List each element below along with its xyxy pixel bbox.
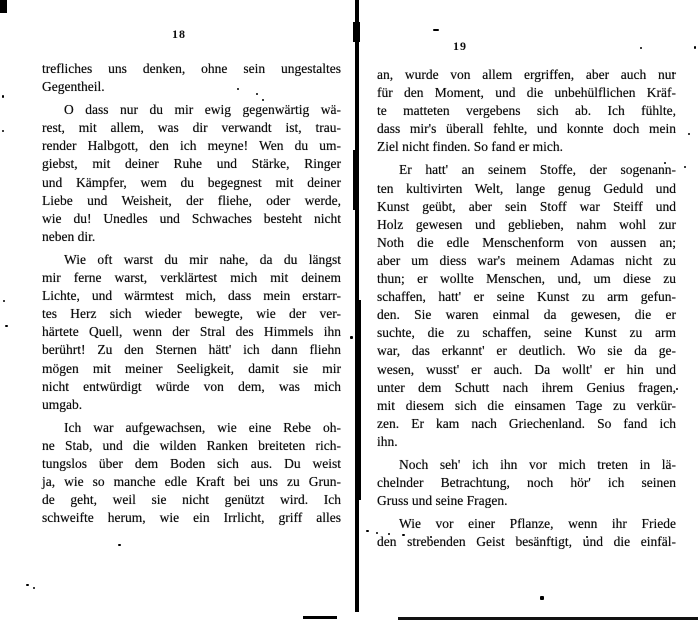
text-line: umgab. <box>42 396 341 414</box>
text-line: de geht, weil sie nicht genützt wird. Ic… <box>42 491 341 509</box>
corner-ink-mark <box>0 0 7 13</box>
text-line: thun; er wollte Menschen, und, um diese … <box>377 270 676 288</box>
scan-speck <box>676 388 678 390</box>
scan-speck <box>688 133 690 135</box>
scan-speck <box>694 46 696 49</box>
text-line: Ziel nicht finden. So fand er mich. <box>377 138 676 156</box>
text-line: schaffen, hatt' er seine Kunst zu arm ge… <box>377 288 676 306</box>
text-line: Holz gewesen und geblieben, nahm wohl zu… <box>377 216 676 234</box>
paragraph: Er hatt' an seinem Stoffe, der sogenann-… <box>377 161 676 451</box>
text-line: tungslos über dem Boden sich aus. Du wei… <box>42 455 341 473</box>
scan-speck <box>2 95 4 98</box>
text-line: ja, wie so manche edle Kraft bei uns zu … <box>42 473 341 491</box>
bottom-edge-artifact <box>398 617 698 620</box>
text-line: ten kultivirten Welt, lange genug Geduld… <box>377 180 676 198</box>
text-line: war, das erkannt' er deutlich. Wo sie da… <box>377 342 676 360</box>
scan-speck <box>256 93 258 95</box>
paragraph: Noch seh' ich ihn vor mich treten in lä-… <box>377 456 676 510</box>
scan-speck <box>684 166 686 168</box>
text-line: Gegentheil. <box>42 78 341 96</box>
text-line: mögen mit meiner Seeligkeit, damit sie m… <box>42 360 341 378</box>
text-line: mit diesem sich die einsamen Tage zu ver… <box>377 397 676 415</box>
text-line: und Kämpfer, wem du begegnest mit deiner <box>42 174 341 192</box>
text-line: neben dir. <box>42 228 341 246</box>
text-line: aber um diess war's meinem Adamas nicht … <box>377 252 676 270</box>
page-number-right: 19 <box>453 39 467 54</box>
text-line: Ich war aufgewachsen, wie eine Rebe oh- <box>42 419 341 437</box>
text-line: giebst, mit deiner Ruhe und Stärke, Ring… <box>42 155 341 173</box>
gutter-ink-blob <box>356 300 361 500</box>
scan-speck <box>350 336 353 339</box>
page-left-text: trefliches uns denken, ohne sein ungesta… <box>42 60 341 527</box>
text-line: Noch seh' ich ihn vor mich treten in lä- <box>377 456 676 474</box>
text-line: unter dem Schutt nach ihrem Genius frage… <box>377 379 676 397</box>
paragraph: an, wurde von allem ergriffen, aber auch… <box>377 66 676 156</box>
paragraph: Ich war aufgewachsen, wie eine Rebe oh-n… <box>42 419 341 528</box>
text-line: trefliches uns denken, ohne sein ungesta… <box>42 60 341 78</box>
scan-speck <box>237 88 239 90</box>
scan-speck <box>118 544 121 546</box>
text-line: O dass nur du mir ewig gegenwärtig wä- <box>42 101 341 119</box>
gutter-ink-blob <box>353 22 360 42</box>
book-scan: 18 19 trefliches uns denken, ohne sein u… <box>0 0 698 621</box>
text-line: ihn. <box>377 433 676 451</box>
scan-speck <box>402 534 405 536</box>
scan-speck <box>388 533 390 535</box>
text-line: Lichte, und wärmtest mich, dass mein ers… <box>42 287 341 305</box>
scan-speck <box>586 536 588 538</box>
text-line: den. Sie waren einmal da gewesen, die er <box>377 306 676 324</box>
text-line: tes Herz sich wieder bewegte, wie der ve… <box>42 305 341 323</box>
text-line: chelnder Betrachtung, noch hör' ich sein… <box>377 474 676 492</box>
text-line: render Halbgott, den ich meyne! Wen du u… <box>42 137 341 155</box>
text-line: wie du! Unedles und Schwaches besteht ni… <box>42 210 341 228</box>
text-line: an, wurde von allem ergriffen, aber auch… <box>377 66 676 84</box>
scan-speck <box>26 584 29 586</box>
text-line: Wie oft warst du mir nahe, da du längst <box>42 251 341 269</box>
text-line: Noth die edle Menschenform von aussen an… <box>377 234 676 252</box>
text-line: Gruss und seine Fragen. <box>377 492 676 510</box>
scan-speck <box>664 162 666 164</box>
paragraph: Wie oft warst du mir nahe, da du längstm… <box>42 251 341 414</box>
text-line: Kunst geübt, aber sein Stoff war Steiff … <box>377 198 676 216</box>
paragraph: trefliches uns denken, ohne sein ungesta… <box>42 60 341 96</box>
scan-speck <box>5 325 8 327</box>
scan-speck <box>262 99 264 101</box>
text-line: den strebenden Geist besänftigt, und die… <box>377 533 676 551</box>
scan-speck <box>3 300 5 302</box>
text-line: dass mir's überall fehlte, und konnte do… <box>377 120 676 138</box>
text-line: suchte, die zu schaffen, seine Kunst zu … <box>377 324 676 342</box>
text-line: nicht entwürdigt würde von dem, was mich <box>42 378 341 396</box>
text-line: Er hatt' an seinem Stoffe, der sogenann- <box>377 161 676 179</box>
scan-speck <box>33 587 35 589</box>
page-right-text: an, wurde von allem ergriffen, aber auch… <box>377 66 676 551</box>
text-line: rest, mit allem, was dir verwandt ist, t… <box>42 119 341 137</box>
text-line: Wie vor einer Pflanze, wenn ihr Friede <box>377 515 676 533</box>
paragraph: Wie vor einer Pflanze, wenn ihr Friedede… <box>377 515 676 551</box>
scan-speck <box>640 47 642 49</box>
scan-speck <box>672 72 674 74</box>
scan-speck <box>2 130 4 132</box>
text-line: wesen, wusst' er auch. Da wollt' er hin … <box>377 361 676 379</box>
text-line: für den Moment, und die unbehülflichen K… <box>377 84 676 102</box>
page-number-left: 18 <box>172 27 186 42</box>
text-line: ne Stab, und die wilden Ranken breiteten… <box>42 437 341 455</box>
text-line: te matteten vergebens sich ab. Ich fühlt… <box>377 102 676 120</box>
text-line: zen. Er kam nach Griechenland. So fand i… <box>377 415 676 433</box>
scan-speck <box>540 596 544 600</box>
text-line: härtete Quell, wenn der Stral des Himmel… <box>42 323 341 341</box>
text-line: schweifte herum, wie ein Irrlicht, griff… <box>42 509 341 527</box>
scan-speck <box>366 530 369 532</box>
scan-speck <box>433 29 439 31</box>
scan-speck <box>430 536 432 538</box>
gutter-ink-blob <box>353 150 359 210</box>
scan-speck <box>376 532 378 534</box>
paragraph: O dass nur du mir ewig gegenwärtig wä-re… <box>42 101 341 246</box>
bottom-edge-artifact <box>303 616 337 619</box>
text-line: mir ferne warst, verklärtest mich mit de… <box>42 269 341 287</box>
text-line: Liebe und Weisheit, der fliehe, oder wer… <box>42 192 341 210</box>
text-line: berührt! Zu den Sternen hätt' ich dann f… <box>42 341 341 359</box>
